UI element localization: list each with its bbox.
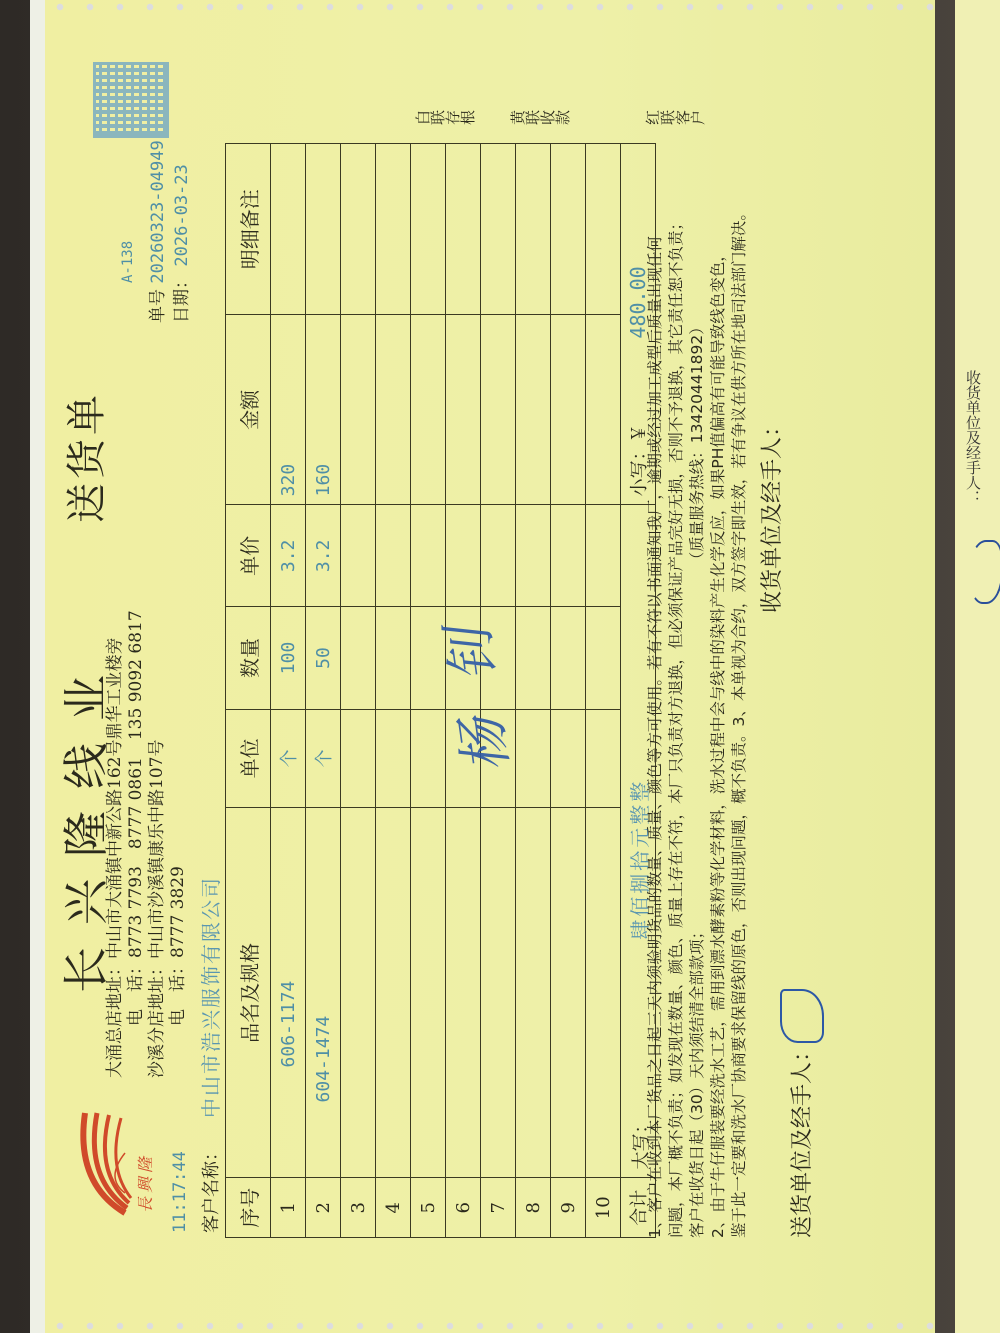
- row-name: 606-1174: [271, 808, 306, 1178]
- serial-code: A-138: [120, 241, 136, 283]
- copy-white: 白联存根: [415, 110, 475, 127]
- logo-text: 長興隆: [133, 1153, 156, 1213]
- row-amount: 320: [271, 315, 306, 505]
- row-price: 3.2: [271, 505, 306, 607]
- row-qty: 100: [271, 607, 306, 709]
- sender-signature-label: 送货单位及经手人：: [785, 1040, 816, 1238]
- hq-address-label: 大涌总店地址：: [105, 959, 125, 1078]
- tractor-holes-right: [45, 0, 935, 14]
- delivery-note: 長興隆 长兴隆线业 送货单 大涌总店地址：中山市大涌镇中新公路162号鼎华工业楼…: [45, 0, 935, 1333]
- terms-line: 1、客户在收到本厂货品之日起三天内须验明货品的数量、质量、颜色等方可使用。若有不…: [645, 118, 666, 1238]
- row-unit: 个: [306, 709, 341, 808]
- row-no: 8: [516, 1178, 551, 1238]
- row-no: 5: [411, 1178, 446, 1238]
- order-number-label: 单号: [148, 289, 168, 323]
- row-amount: 160: [306, 315, 341, 505]
- order-number: 单号 20260323-04949: [143, 140, 168, 323]
- table-row: 9: [551, 144, 586, 1238]
- terms-line: 问题，本厂概不负责；如发现在数量、颜色、质量上存在不符，本厂只负责对方退换，但必…: [666, 118, 687, 1238]
- branch-address-label: 沙溪分店地址：: [147, 959, 167, 1078]
- delivery-note-paper: 長興隆 长兴隆线业 送货单 大涌总店地址：中山市大涌镇中新公路162号鼎华工业楼…: [45, 0, 935, 1333]
- hq-phone-label: 电 话：: [126, 958, 146, 1078]
- adjacent-signature: [969, 540, 1000, 604]
- terms-line: 2、由于牛仔服装要经洗水工艺，需用到漂水酵素粉等化学材料，洗水过程中会与线中的染…: [708, 118, 729, 1238]
- branch-phone-label: 电 话：: [168, 958, 188, 1078]
- branch-phone: 8777 3829: [168, 866, 188, 958]
- row-no: 1: [271, 1178, 306, 1238]
- receiver-signature-label: 收货单位及经手人：: [755, 415, 786, 613]
- table-row: 2 604-1474 个 50 3.2 160: [306, 144, 341, 1238]
- adjacent-receipt: 收货单位及经手人：: [955, 0, 1000, 1333]
- row-price: 3.2: [306, 505, 341, 607]
- address-block: 大涌总店地址：中山市大涌镇中新公路162号鼎华工业楼旁 电 话：8773 779…: [105, 610, 189, 1078]
- copy-yellow: 黄联收款: [510, 110, 570, 127]
- qr-code-icon: [93, 62, 169, 138]
- hq-address: 中山市大涌镇中新公路162号鼎华工业楼旁: [105, 638, 125, 959]
- row-no: 7: [481, 1178, 516, 1238]
- customer-name: 中山市浩兴服饰有限公司: [195, 876, 224, 1118]
- adjacent-receiver-label: 收货单位及经手人：: [963, 370, 984, 505]
- date: 日期： 2026-03-23: [167, 164, 192, 323]
- row-no: 10: [586, 1178, 621, 1238]
- customer-label: 客户名称：: [197, 1143, 223, 1233]
- table-row: 8: [516, 144, 551, 1238]
- date-label: 日期：: [172, 272, 192, 323]
- header-name: 品名及规格: [226, 808, 271, 1178]
- header-unit: 单位: [226, 709, 271, 808]
- row-name: 604-1474: [306, 808, 341, 1178]
- row-no: 4: [376, 1178, 411, 1238]
- header-amount: 金额: [226, 315, 271, 505]
- order-number-value: 20260323-04949: [148, 140, 168, 283]
- branch-address: 中山市沙溪镇康乐中路107号: [147, 740, 167, 959]
- table-row: 3: [341, 144, 376, 1238]
- row-no: 2: [306, 1178, 341, 1238]
- date-value: 2026-03-23: [172, 164, 192, 266]
- table-row: 10: [586, 144, 621, 1238]
- row-note: [271, 144, 306, 315]
- header-note: 明细备注: [226, 144, 271, 315]
- sender-signature: [780, 989, 824, 1043]
- tractor-holes-left: [45, 1319, 935, 1333]
- hq-phone: 8773 7793 8777 0861 135 9092 6817: [126, 610, 146, 958]
- table-row: 1 606-1174 个 100 3.2 320: [271, 144, 306, 1238]
- terms-line: 客户在收货日起（30）天内须结清全部款项； （质量服务热线：1342044189…: [687, 118, 708, 1238]
- header-qty: 数量: [226, 607, 271, 709]
- row-no: 6: [446, 1178, 481, 1238]
- header-price: 单价: [226, 505, 271, 607]
- row-qty: 50: [306, 607, 341, 709]
- row-note: [306, 144, 341, 315]
- table-row: 4: [376, 144, 411, 1238]
- header-no: 序号: [226, 1178, 271, 1238]
- table-header-row: 序号 品名及规格 单位 数量 单价 金额 明细备注: [226, 144, 271, 1238]
- print-time: 11:17:44: [170, 1151, 190, 1233]
- row-unit: 个: [271, 709, 306, 808]
- row-no: 9: [551, 1178, 586, 1238]
- terms-block: 1、客户在收到本厂货品之日起三天内须验明货品的数量、质量、颜色等方可使用。若有不…: [645, 118, 750, 1238]
- terms-line: 鉴于此一定要和洗水厂协商要求保留线的原色，否则出现问题，概不负责。3、本单视为合…: [729, 118, 750, 1238]
- row-no: 3: [341, 1178, 376, 1238]
- document-title: 送货单: [55, 391, 112, 523]
